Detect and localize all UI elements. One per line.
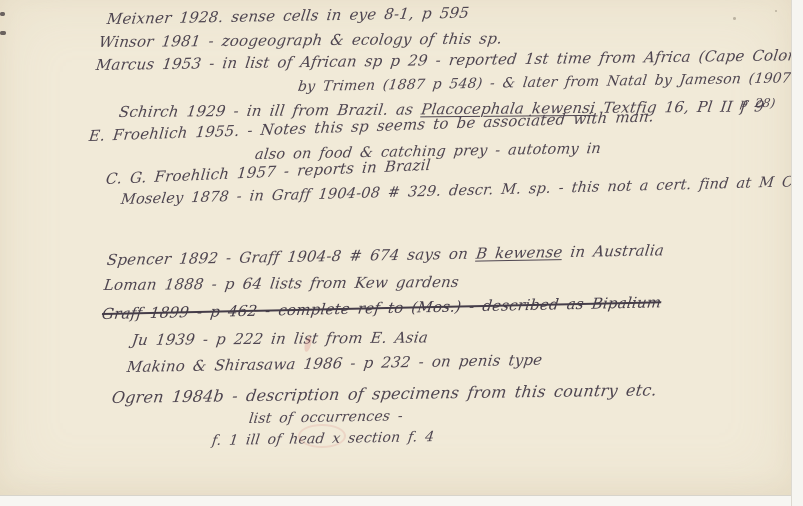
handwritten-line-4: by Trimen (1887 p 548) - & later from Na… — [297, 70, 792, 95]
handwritten-line-3: Marcus 1953 - in list of African sp p 29… — [95, 46, 803, 74]
card-edge-speck — [0, 31, 6, 35]
scan-noise-dot — [783, 56, 786, 58]
handwriting-segment: Marcus 1953 - in list of African sp p 29… — [95, 46, 803, 74]
scan-noise-dot — [775, 10, 777, 12]
handwriting-segment: f. 1 ill of head x section f. 4 — [211, 429, 435, 449]
handwritten-line-13: Graff 1899 - p 462 - complete ref to (Mo… — [101, 293, 662, 323]
handwritten-line-1: Meixner 1928. sense cells in eye 8-1, p … — [106, 4, 470, 28]
handwriting-segment: Ogren 1984b - description of specimens f… — [111, 380, 658, 407]
handwritten-line-16: Ogren 1984b - description of specimens f… — [111, 380, 658, 407]
scanned-document: Meixner 1928. sense cells in eye 8-1, p … — [0, 0, 803, 506]
handwritten-line-18: f. 1 ill of head x section f. 4 — [211, 429, 435, 449]
handwriting-segment: Makino & Shirasawa 1986 - p 232 - on pen… — [126, 351, 544, 376]
handwritten-line-17: list of occurrences - — [248, 408, 404, 427]
index-card: Meixner 1928. sense cells in eye 8-1, p … — [0, 0, 791, 495]
handwritten-line-2: Winsor 1981 - zoogeograph & ecology of t… — [98, 29, 504, 51]
handwriting-segment: Spencer 1892 - Graff 1904-8 # 674 says o… — [106, 245, 477, 269]
scan-edge-bottom — [0, 495, 791, 506]
handwritten-line-15: Makino & Shirasawa 1986 - p 232 - on pen… — [126, 351, 544, 376]
handwriting-segment: Ju 1939 - p 222 in list from E. Asia — [131, 328, 429, 349]
handwritten-line-14: Ju 1939 - p 222 in list from E. Asia — [131, 328, 429, 349]
handwriting-segment: by Trimen (1887 p 548) - & later from Na… — [297, 70, 792, 95]
handwritten-line-12: Loman 1888 - p 64 lists from Kew gardens — [103, 273, 460, 294]
card-edge-speck — [0, 12, 5, 16]
handwriting-segment: in Australia — [561, 241, 665, 261]
handwriting-segment: Loman 1888 - p 64 lists from Kew gardens — [103, 273, 460, 294]
handwriting-segment: Meixner 1928. sense cells in eye 8-1, p … — [106, 4, 470, 28]
handwriting-segment: list of occurrences - — [248, 408, 404, 427]
underlined-species-name: B kewense — [475, 243, 564, 263]
scan-noise-dot — [733, 17, 736, 20]
handwriting-segment: Winsor 1981 - zoogeograph & ecology of t… — [98, 29, 504, 51]
handwriting-segment: Graff 1899 - p 462 - complete ref to (Mo… — [101, 293, 662, 323]
handwritten-line-11: Spencer 1892 - Graff 1904-8 # 674 says o… — [106, 241, 665, 269]
scan-edge-right — [791, 0, 803, 506]
